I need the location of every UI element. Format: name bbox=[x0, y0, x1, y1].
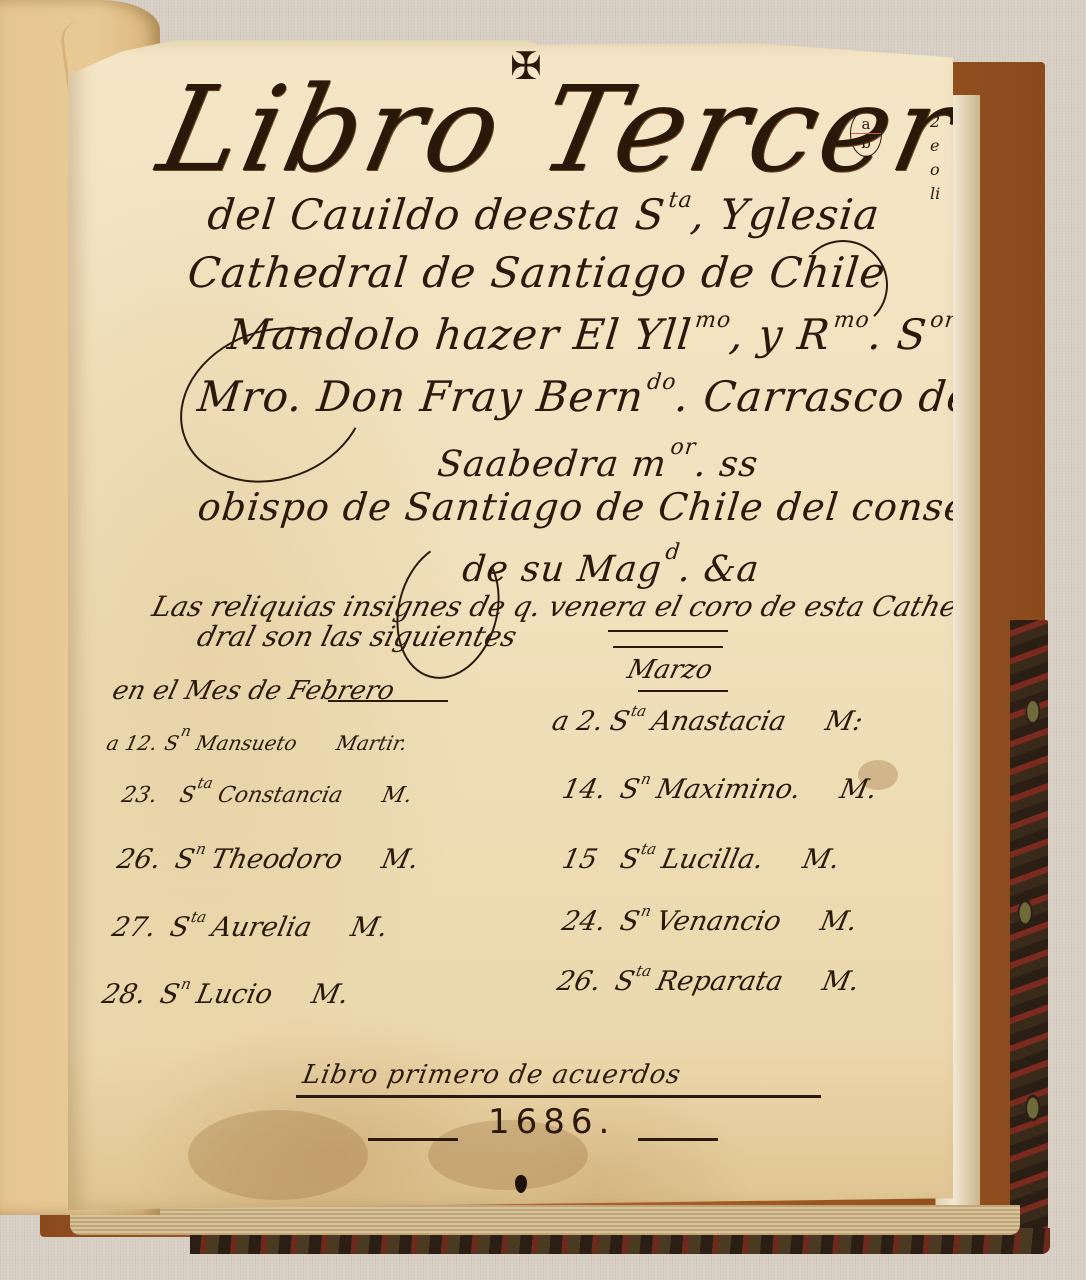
folio-mark: a b bbox=[850, 110, 882, 157]
underline-rule bbox=[638, 690, 728, 692]
footer-underline bbox=[296, 1095, 821, 1098]
list-item-february-5: 28.SnLucioM. bbox=[99, 975, 352, 1010]
footer-year: 1686. bbox=[488, 1102, 615, 1142]
water-stain bbox=[188, 1110, 368, 1200]
intro-line-1: Las reliquias insignes de q. venera el c… bbox=[149, 590, 961, 623]
list-item-march-2: 14.SnMaximino.M. bbox=[559, 770, 880, 805]
year-dash-left bbox=[368, 1138, 458, 1141]
list-item-march-4: 24.SnVenancioM. bbox=[559, 902, 861, 937]
book-title: Libro Tercero bbox=[148, 60, 1045, 198]
heading-line-7: de su Magd. &a bbox=[460, 540, 762, 590]
list-item-march-5: 26.StaReparataM. bbox=[554, 962, 863, 997]
underline-rule bbox=[613, 646, 723, 648]
page-stack-bottom-edge bbox=[70, 1205, 1020, 1235]
heading-line-1: del Cauildo deesta Sta, Yglesia bbox=[205, 188, 882, 239]
year-dash-right bbox=[638, 1138, 718, 1141]
heading-line-5: Saabedra mor. ss bbox=[435, 435, 761, 485]
list-item-february-2: 23.StaConstanciaM. bbox=[119, 774, 416, 808]
manuscript-page: ✠ Libro Tercero a b 2 e o li del Cauildo… bbox=[68, 40, 953, 1210]
list-item-march-3: 15StaLucilla.M. bbox=[559, 840, 843, 875]
column-header-march: Marzo bbox=[624, 655, 715, 685]
folio-mark-top: a bbox=[862, 115, 871, 133]
margin-note: 2 e o li bbox=[930, 110, 944, 206]
list-item-february-3: 26.SnTheodoroM. bbox=[114, 840, 422, 875]
list-item-february-1: a 12.SnMansuetoMartir. bbox=[104, 722, 411, 755]
folio-mark-bottom: b bbox=[851, 133, 881, 152]
column-header-february: en el Mes de Febrero bbox=[109, 676, 397, 706]
underline-rule bbox=[608, 630, 728, 632]
heading-line-2: Cathedral de Santiago de Chile bbox=[185, 248, 888, 297]
flourish-loop-icon bbox=[798, 240, 888, 330]
underline-rule bbox=[328, 700, 448, 702]
list-item-march-1: a 2.StaAnastaciaM: bbox=[549, 702, 866, 737]
footer-title: Libro primero de acuerdos bbox=[300, 1060, 683, 1090]
intro-line-2: dral son las siguientes bbox=[194, 620, 520, 653]
list-item-february-4: 27.StaAureliaM. bbox=[109, 908, 391, 943]
marbled-endpaper-right bbox=[1010, 620, 1048, 1230]
ink-blot bbox=[515, 1175, 527, 1193]
heading-line-6: obispo de Santiago de Chile del consejo bbox=[196, 485, 1007, 529]
